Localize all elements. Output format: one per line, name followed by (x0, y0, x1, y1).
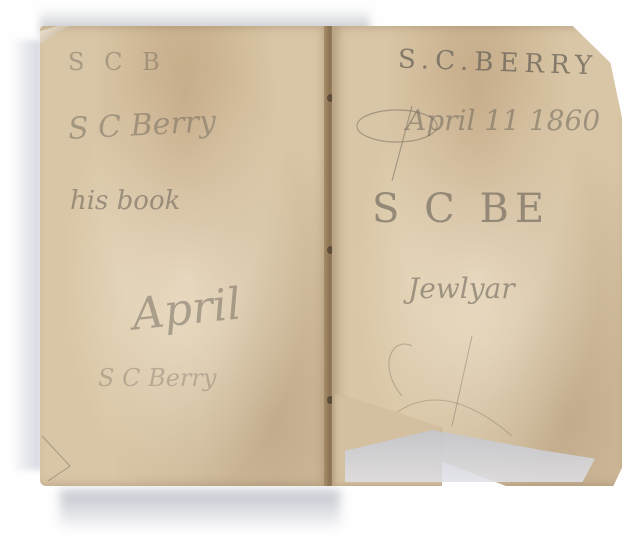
left-initials: S C B (68, 48, 166, 76)
open-notebook: S C B S C Berry his book April S C Berry… (40, 26, 630, 486)
right-name-caps: S.C.BERRY (398, 45, 599, 82)
frayed-corner (40, 26, 70, 44)
book-shadow-left (14, 40, 42, 470)
left-signature-faint: S C Berry (98, 364, 216, 392)
left-signature: S C Berry (67, 104, 217, 147)
right-initials-large: S C BE (372, 186, 550, 232)
corner-scribble-icon (40, 426, 80, 486)
left-april: April (130, 278, 244, 340)
left-page: S C B S C Berry his book April S C Berry (40, 26, 330, 486)
right-date: April 11 1860 (406, 104, 600, 137)
book-shadow-bottom (60, 490, 340, 528)
right-word: Jewlyar (408, 272, 515, 305)
photo-scene: S C B S C Berry his book April S C Berry… (0, 0, 640, 546)
left-his-book: his book (70, 186, 180, 216)
